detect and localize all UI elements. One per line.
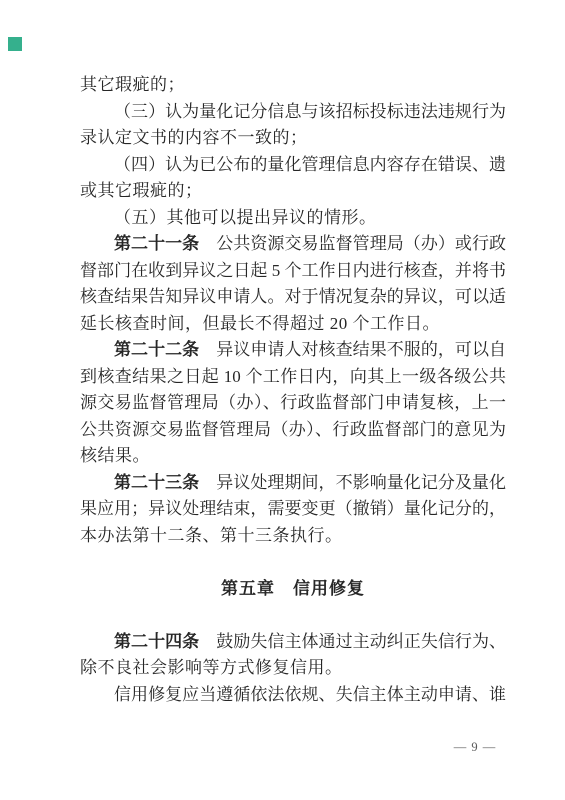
- text-line: （三）认为量化记分信息与该招标投标违法违规行为记: [80, 99, 506, 126]
- corner-marker: [8, 37, 22, 51]
- text-line: 除不良社会影响等方式修复信用。: [80, 655, 506, 682]
- text-line: 第二十一条 公共资源交易监督管理局（办）或行政监: [80, 231, 506, 258]
- blank-line: [80, 602, 506, 629]
- text-line: 到核查结果之日起 10 个工作日内，向其上一级各级公共资: [80, 364, 506, 391]
- article-number: 第二十三条: [114, 473, 199, 492]
- text-line: 其它瑕疵的；: [80, 72, 506, 99]
- article-number: 第二十四条: [114, 632, 199, 651]
- page-number: — 9 —: [438, 740, 512, 755]
- text-line: 源交易监督管理局（办）、行政监督部门申请复核，上一级: [80, 390, 506, 417]
- text-line: 本办法第十二条、第十三条执行。: [80, 523, 506, 550]
- text-line: （四）认为已公布的量化管理信息内容存在错误、遗漏: [80, 152, 506, 179]
- blank-line: [80, 549, 506, 576]
- text-line: 第二十四条 鼓励失信主体通过主动纠正失信行为、消: [80, 629, 506, 656]
- text-line: 信用修复应当遵循依法依规、失信主体主动申请、谁认: [80, 682, 506, 709]
- text-line: 或其它瑕疵的；: [80, 178, 506, 205]
- text-line: 第二十二条 异议申请人对核查结果不服的，可以自收: [80, 337, 506, 364]
- text-block: 其它瑕疵的；（三）认为量化记分信息与该招标投标违法违规行为记录认定文书的内容不一…: [80, 72, 506, 708]
- text-line: 核结果。: [80, 443, 506, 470]
- document-page: 其它瑕疵的；（三）认为量化记分信息与该招标投标违法违规行为记录认定文书的内容不一…: [0, 0, 565, 800]
- chapter-heading: 第五章 信用修复: [80, 576, 506, 603]
- text-line: 核查结果告知异议申请人。对于情况复杂的异议，可以适当: [80, 284, 506, 311]
- text-line: （五）其他可以提出异议的情形。: [80, 205, 506, 232]
- text-line: 公共资源交易监督管理局（办）、行政监督部门的意见为复: [80, 417, 506, 444]
- text-line: 第二十三条 异议处理期间，不影响量化记分及量化结: [80, 470, 506, 497]
- article-number: 第二十二条: [114, 340, 199, 359]
- text-line: 延长核查时间，但最长不得超过 20 个工作日。: [80, 311, 506, 338]
- text-line: 督部门在收到异议之日起 5 个工作日内进行核查，并将书面: [80, 258, 506, 285]
- article-number: 第二十一条: [114, 234, 199, 253]
- text-line: 果应用；异议处理结束，需要变更（撤销）量化记分的，按: [80, 496, 506, 523]
- text-line: 录认定文书的内容不一致的；: [80, 125, 506, 152]
